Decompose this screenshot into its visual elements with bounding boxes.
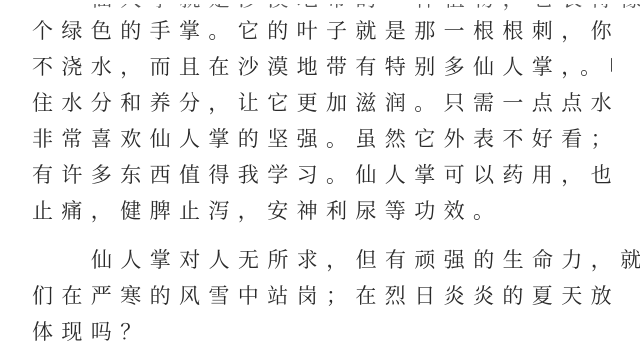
paragraph-line: 住水分和养分，让它更加滋润。只需一点点水，它就可以顽强地生活。所以我 xyxy=(32,86,612,120)
paragraph-line: 们在严寒的风雪中站岗；在烈日炎炎的夏天放哨。不正是仙人掌顽强的精神的 xyxy=(32,279,612,313)
paragraph-line: 个绿色的手掌。它的叶子就是那一根根刺，你可别小瞧那一根根小刺，重可以 xyxy=(32,14,612,48)
paragraph-line: 非常喜欢仙人掌的坚强。虽然它外表不好看；而且看上去有点可怕，但它身上 xyxy=(32,122,612,156)
paragraph-line: 仙人掌对人无所求，但有顽强的生命力，就像保卫国家的解放军叔叔，他 xyxy=(91,243,640,277)
paragraph-line: 不浇水，而且在沙漠地带有特别多仙人掌，。听说它那一根根刺；可以给它留 xyxy=(32,50,612,84)
paragraph-line: 止痛，健脾止泻，安神利尿等功效。 xyxy=(32,194,612,228)
paragraph-line: 有许多东西值得我学习。仙人掌可以药用，也可以食用，具有清热解毒，消肿 xyxy=(32,158,612,192)
document-page: 仙人掌就是沙漠地带的一种植物，它长得像一个 个绿色的手掌。它的叶子就是那一根根刺… xyxy=(0,0,640,360)
paragraph-line: 体现吗？ xyxy=(32,315,612,349)
